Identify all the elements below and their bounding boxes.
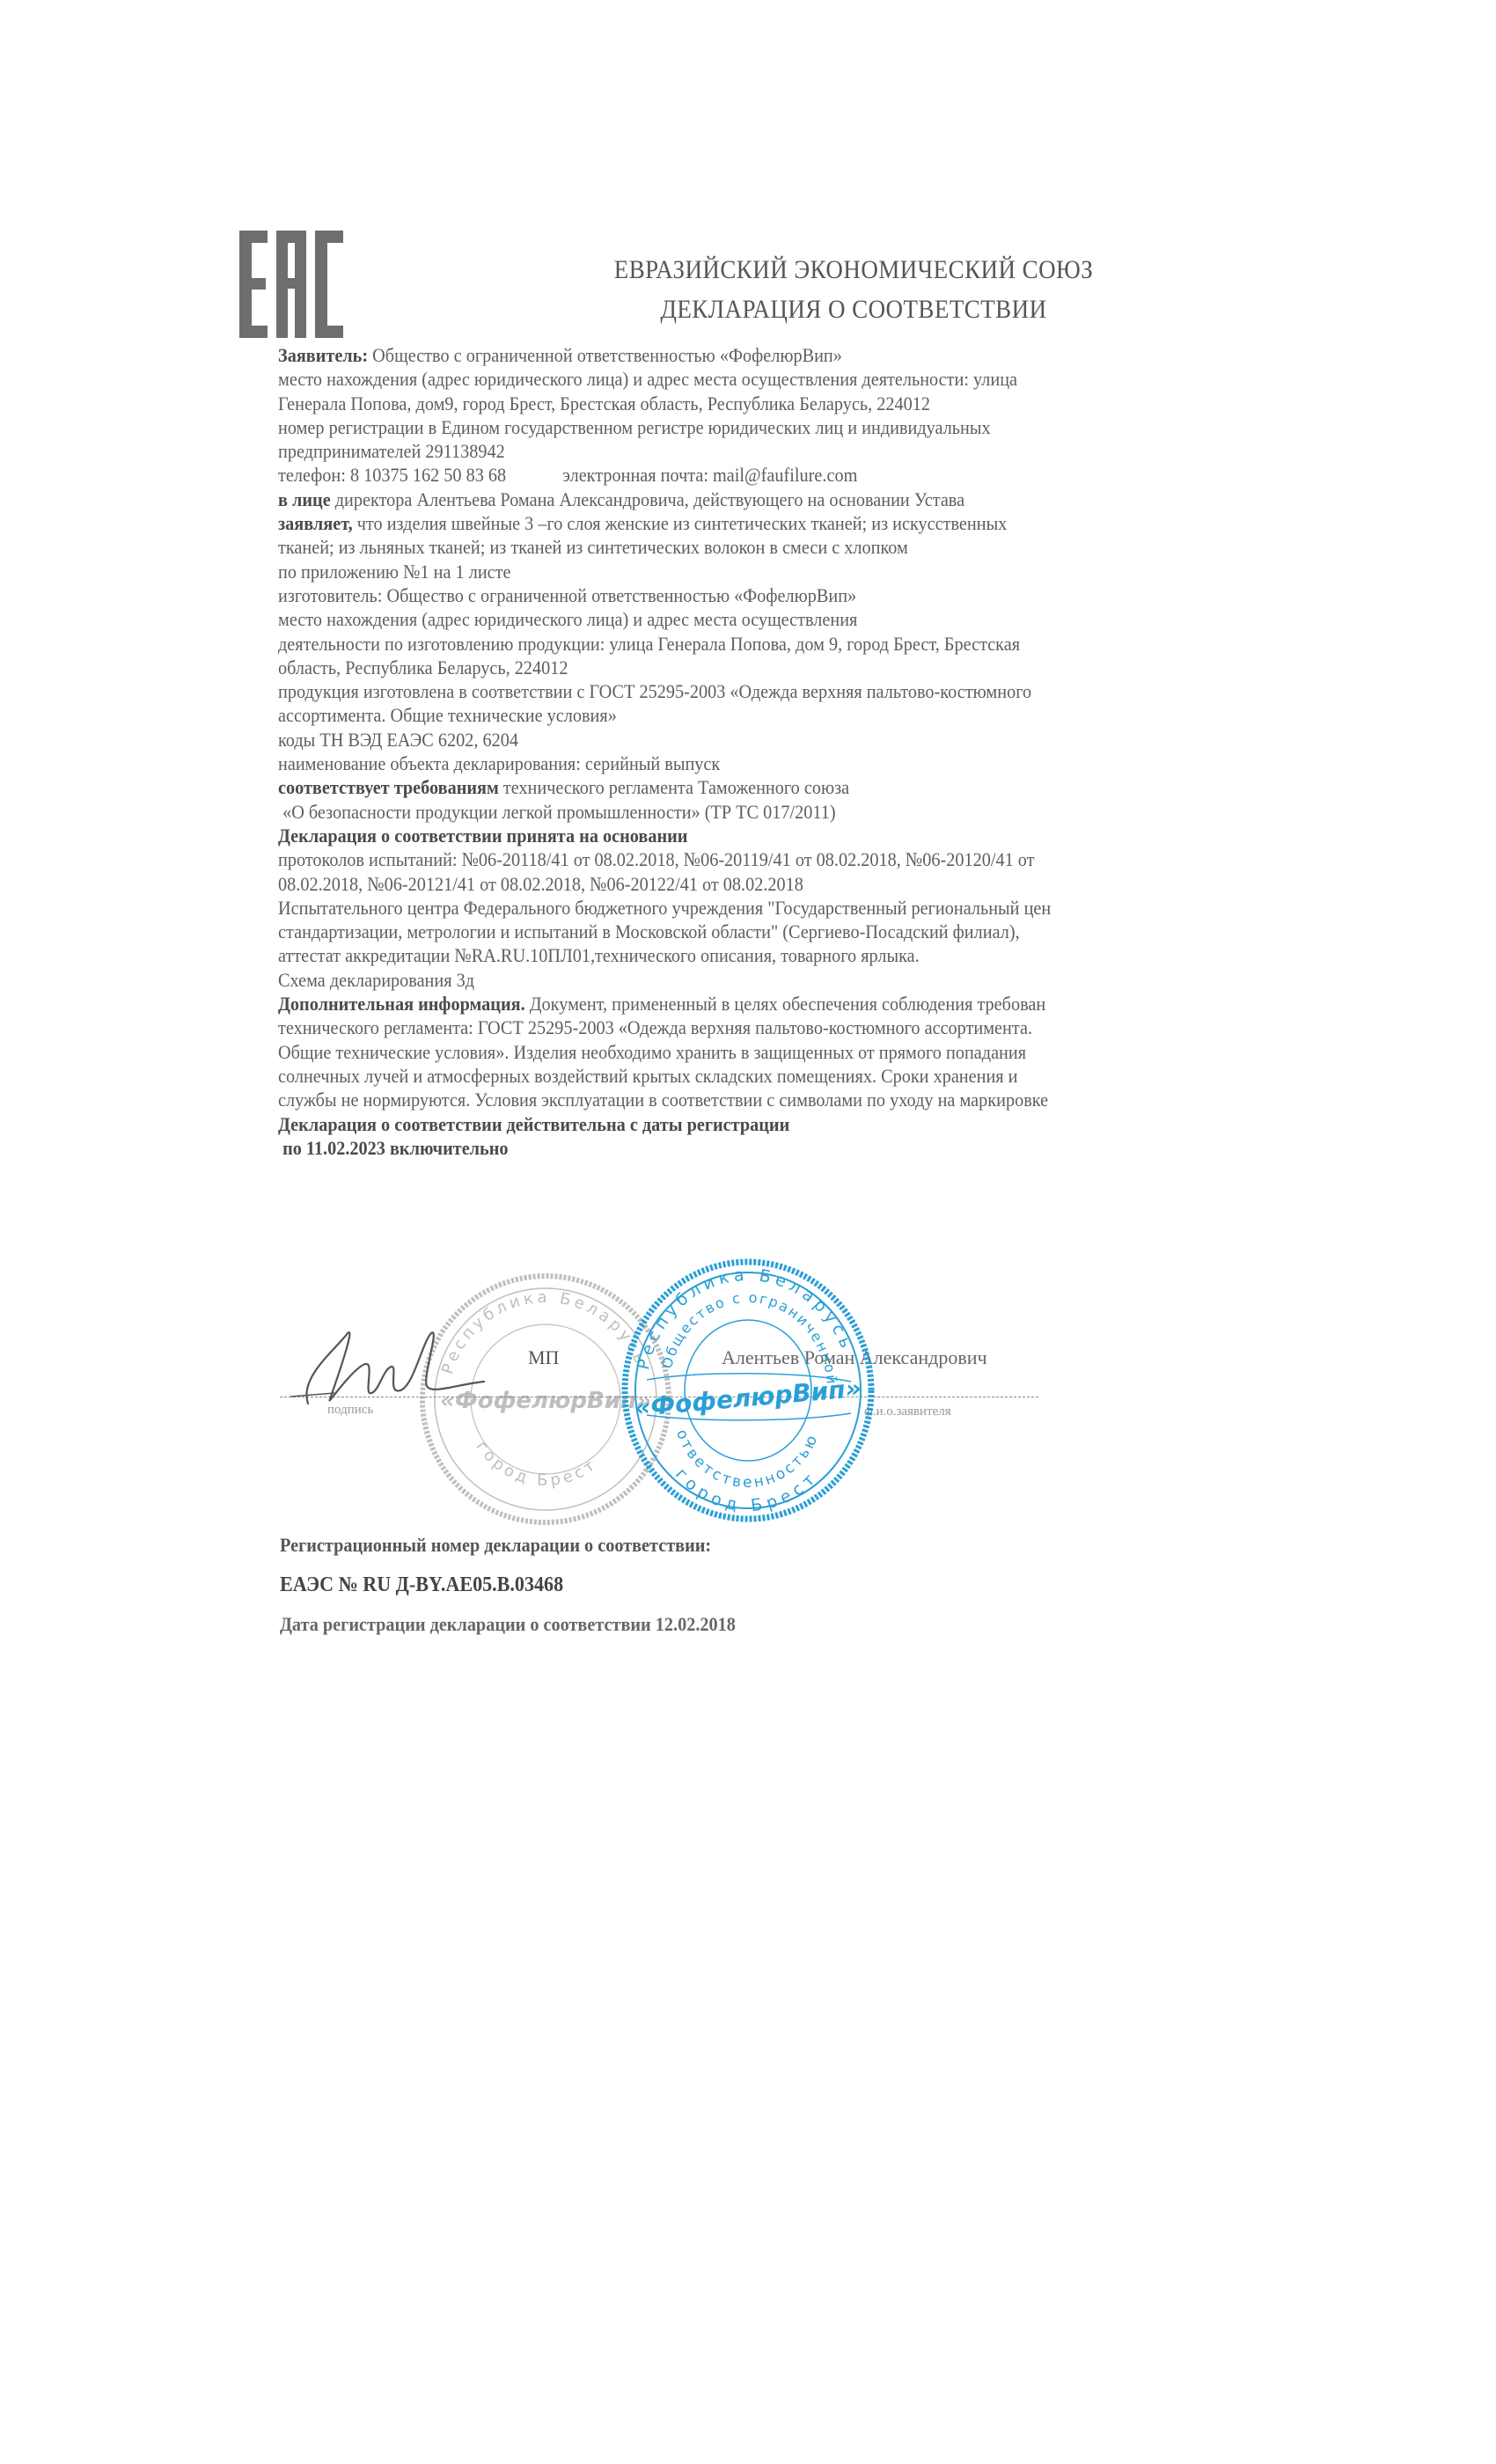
contact-line: телефон: 8 10375 162 50 83 68 электронна…: [278, 463, 1228, 487]
validity-until: по 11.02.2023 включительно: [278, 1136, 1228, 1160]
additional-line-4: солнечных лучей и атмосферных воздействи…: [278, 1064, 1228, 1088]
manufacturer-line: изготовитель: Общество с ограниченной от…: [278, 583, 1228, 607]
center-line-2: стандартизации, метрологии и испытаний в…: [278, 920, 1228, 943]
validity-heading: Декларация о соответствии действительна …: [278, 1112, 1228, 1136]
email-label: электронная почта:: [562, 464, 708, 486]
eac-mark-icon: [239, 231, 343, 338]
standard-line-1: продукция изготовлена в соответствии с Г…: [278, 679, 1228, 703]
accreditation-line: аттестат аккредитации №RA.RU.10ПЛ01,техн…: [278, 943, 1228, 967]
svg-text:«ФофелюрВип»: «ФофелюрВип»: [634, 1374, 862, 1422]
applicant-reg-2: предпринимателей 291138942: [278, 439, 1228, 463]
object-line: наименование объекта декларирования: сер…: [278, 752, 1228, 775]
protocols-line-2: 08.02.2018, №06-20121/41 от 08.02.2018, …: [278, 872, 1228, 896]
company-seal-icon: Республика Беларусь Общество с ограничен…: [620, 1258, 876, 1522]
registration-number: ЕАЭС № RU Д-BY.АЕ05.В.03468: [280, 1573, 563, 1597]
applicant-reg-1: номер регистрации в Едином государственн…: [278, 415, 1228, 439]
declares-line-3: по приложению №1 на 1 листе: [278, 560, 1228, 583]
declares-label: заявляет,: [278, 512, 353, 534]
regulation-line: «О безопасности продукции легкой промышл…: [278, 800, 1228, 824]
additional-text-1: Документ, примененный в целях обеспечени…: [530, 993, 1046, 1015]
additional-line-1: Дополнительная информация. Документ, при…: [278, 992, 1228, 1016]
applicant-name: Общество с ограниченной ответственностью…: [372, 344, 842, 366]
representative-line: в лице директора Алентьева Романа Алекса…: [278, 488, 1228, 511]
signer-name-caption: ф.и.о.заявителя: [864, 1404, 951, 1419]
compliance-line: соответствует требованиям технического р…: [278, 775, 1228, 799]
document-title: ДЕКЛАРАЦИЯ О СООТВЕТСТВИИ: [529, 295, 1178, 325]
standard-line-2: ассортимента. Общие технические условия»: [278, 703, 1228, 727]
declares-line-2: тканей; из льняных тканей; из тканей из …: [278, 535, 1228, 559]
scheme-line: Схема декларирования 3д: [278, 968, 1228, 992]
registration-number-label: Регистрационный номер декларации о соотв…: [280, 1534, 711, 1557]
protocols-line-1: протоколов испытаний: №06-20118/41 от 08…: [278, 847, 1228, 871]
svg-text:город Брест: город Брест: [473, 1438, 602, 1490]
union-title: ЕВРАЗИЙСКИЙ ЭКОНОМИЧЕСКИЙ СОЮЗ: [529, 255, 1178, 285]
manufacturer-address-1: место нахождения (адрес юридического лиц…: [278, 607, 1228, 631]
additional-label: Дополнительная информация.: [278, 993, 525, 1015]
representative-label: в лице: [278, 488, 331, 510]
applicant-address-2: Генерала Попова, дом9, город Брест, Брес…: [278, 392, 1228, 415]
additional-line-5: службы не нормируются. Условия эксплуата…: [278, 1088, 1228, 1111]
codes-line: коды ТН ВЭД ЕАЭС 6202, 6204: [278, 728, 1228, 752]
center-line-1: Испытательного центра Федерального бюдже…: [278, 896, 1228, 920]
compliance-label: соответствует требованиям: [278, 776, 499, 798]
phone-value: 8 10375 162 50 83 68: [350, 464, 506, 486]
manufacturer-name: Общество с ограниченной ответственностью…: [386, 584, 856, 606]
compliance-text: технического регламента Таможенного союз…: [503, 776, 849, 798]
phone-label: телефон:: [278, 464, 346, 486]
applicant-address-1: место нахождения (адрес юридического лиц…: [278, 367, 1228, 391]
declares-text-1: что изделия швейные 3 –го слоя женские и…: [357, 512, 1008, 534]
manufacturer-address-2: деятельности по изготовлению продукции: …: [278, 632, 1228, 656]
additional-line-2: технического регламента: ГОСТ 25295-2003…: [278, 1016, 1228, 1039]
basis-heading: Декларация о соответствии принята на осн…: [278, 824, 1228, 847]
validity-until-text: по 11.02.2023 включительно: [282, 1137, 508, 1159]
registration-date: Дата регистрации декларации о соответств…: [280, 1613, 736, 1636]
manufacturer-label: изготовитель:: [278, 584, 382, 606]
manufacturer-address-3: область, Республика Беларусь, 224012: [278, 656, 1228, 679]
applicant-line: Заявитель: Общество с ограниченной ответ…: [278, 343, 1228, 367]
representative-text: директора Алентьева Романа Александрович…: [335, 488, 964, 510]
email-value: mail@faufilure.com: [713, 464, 857, 486]
applicant-label: Заявитель:: [278, 344, 368, 366]
declares-line-1: заявляет, что изделия швейные 3 –го слоя…: [278, 511, 1228, 535]
handwritten-signature-icon: [282, 1316, 493, 1412]
regulation-text: «О безопасности продукции легкой промышл…: [282, 801, 836, 823]
additional-line-3: Общие технические условия». Изделия необ…: [278, 1040, 1228, 1064]
declaration-body: Заявитель: Общество с ограниченной ответ…: [278, 343, 1334, 1160]
